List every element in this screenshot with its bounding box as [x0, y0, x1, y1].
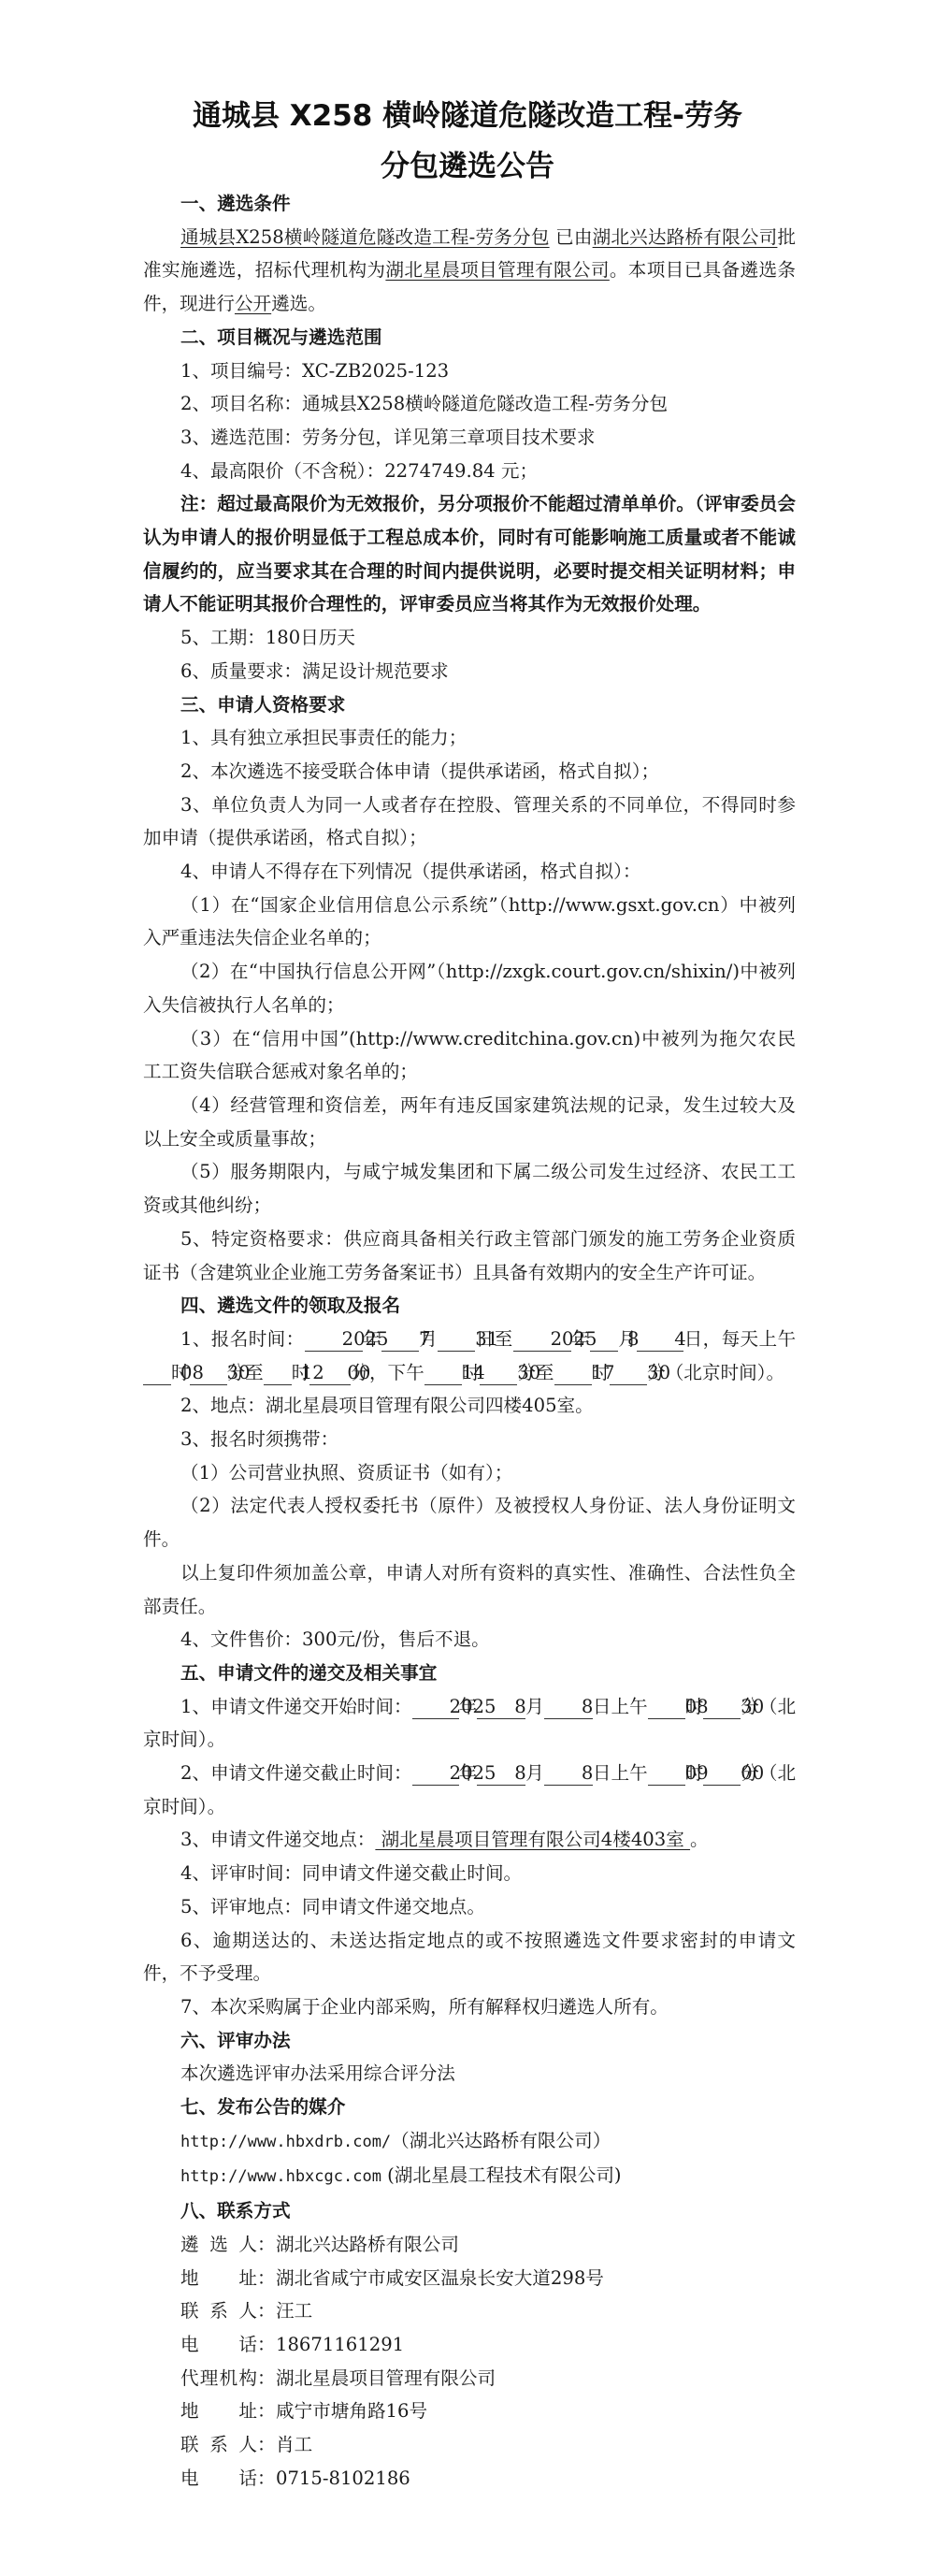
selection-scope: 3、遴选范围：劳务分包，详见第三章项目技术要求: [143, 421, 796, 455]
price-note: 注：超过最高限价为无效报价，另分项报价不能超过清单单价。（评审委员会认为申请人的…: [143, 487, 796, 621]
contact-value: 湖北兴达路桥有限公司: [276, 2228, 459, 2262]
registration-documents-label: 3、报名时须携带：: [143, 1423, 796, 1456]
section-7-heading: 七、发布公告的媒介: [143, 2091, 796, 2124]
label: 2、申请文件递交截止时间：: [180, 1762, 412, 1784]
text: 年: [459, 1762, 478, 1784]
announcement-page: 通城县 X258 横岭隧道危隧改造工程-劳务 分包遴选公告 一、遴选条件 通城县…: [0, 0, 935, 2576]
contact-row: 电话：18671161291: [143, 2328, 796, 2362]
qualification-item: 4、申请人不得存在下列情况（提供承诺函，格式自拟）：: [143, 855, 796, 889]
contact-value: 咸宁市塘角路16号: [276, 2395, 427, 2428]
text: 遴选。: [271, 293, 326, 314]
text: 年: [363, 1328, 381, 1350]
contact-value: 湖北星晨项目管理有限公司: [276, 2362, 496, 2395]
exclusion-item: （2）在“中国执行信息公开网”（http://zxgk.court.gov.cn…: [143, 955, 796, 1021]
am-end-hour: 12: [264, 1362, 292, 1385]
contact-value: 肖工: [276, 2428, 312, 2462]
exclusion-item: （5）服务期限内，与咸宁城发集团和下属二级公司发生过经济、农民工工资或其他纠纷；: [143, 1155, 796, 1222]
contact-colon: ：: [257, 2228, 276, 2262]
pm-start-hour: 14: [424, 1362, 462, 1385]
contact-colon: ：: [257, 2294, 276, 2328]
contact-colon: ：: [257, 2362, 276, 2395]
contact-label: 地址: [180, 2262, 257, 2295]
section-1-paragraph: 通城县X258横岭隧道危隧改造工程-劳务分包 已由湖北兴达路桥有限公司批准实施遴…: [143, 221, 796, 321]
contact-colon: ：: [257, 2395, 276, 2428]
agent-name: 湖北星晨项目管理有限公司: [385, 259, 609, 281]
contact-label-char: 联: [180, 2428, 199, 2462]
text: 时: [462, 1362, 481, 1383]
contact-colon: ：: [257, 2428, 276, 2462]
contact-label-char: 地: [180, 2262, 199, 2295]
text: 月: [525, 1762, 544, 1784]
contact-label: 地址: [180, 2395, 257, 2428]
quality-requirement: 6、质量要求：满足设计规范要求: [143, 655, 796, 688]
media-link-row: http://www.hbxdrb.com/（湖北兴达路桥有限公司）: [143, 2124, 796, 2160]
submit-end-hour: 09: [648, 1762, 685, 1786]
section-8-heading: 八、联系方式: [143, 2194, 796, 2228]
submission-deadline: 2、申请文件递交截止时间：2025年8月8日上午09时00分（北京时间）。: [143, 1757, 796, 1823]
submit-start-month: 8: [477, 1696, 525, 1719]
contact-label-char: 话: [238, 2462, 257, 2496]
contact-label-char: 构: [238, 2362, 257, 2395]
contact-label-char: 系: [209, 2294, 228, 2328]
submission-place: 3、申请文件递交地点： 湖北星晨项目管理有限公司4楼403室 。: [143, 1823, 796, 1857]
registration-time: 1、报名时间：2025年7月31日至2025年8月4日，每天上午08时30分至1…: [143, 1323, 796, 1389]
contact-value: 18671161291: [276, 2328, 404, 2362]
text: 分至: [517, 1362, 554, 1383]
text: 日至: [475, 1328, 512, 1350]
text: 时: [685, 1696, 704, 1717]
label: 1、报名时间：: [180, 1328, 305, 1350]
contact-label-char: 人: [238, 2228, 257, 2262]
review-place: 5、评审地点：同申请文件递交地点。: [143, 1890, 796, 1924]
submit-end-minute: 00: [703, 1762, 741, 1786]
evaluation-method: 本次遴选评审办法采用综合评分法: [143, 2057, 796, 2091]
exclusion-item: （4）经营管理和资信差，两年有违反国家建筑法规的记录，发生过较大及以上安全或质量…: [143, 1089, 796, 1155]
contact-label: 代理机构: [180, 2362, 257, 2395]
contact-value: 湖北省咸宁市咸安区温泉长安大道298号: [276, 2262, 604, 2295]
text: 月: [618, 1328, 637, 1350]
reg-start-year: 2025: [305, 1328, 363, 1352]
document-title-line-1: 通城县 X258 横岭隧道危隧改造工程-劳务: [0, 92, 935, 134]
exclusion-item: （3）在“信用中国”(http://www.creditchina.gov.cn…: [143, 1022, 796, 1089]
registration-document-item: （2）法定代表人授权委托书（原件）及被授权人身份证、法人身份证明文件。: [143, 1489, 796, 1556]
contact-row: 地址：咸宁市塘角路16号: [143, 2395, 796, 2428]
contact-label: 联系人: [180, 2428, 257, 2462]
contact-label-char: 代: [180, 2362, 199, 2395]
text: 分至: [227, 1362, 264, 1383]
section-3-heading: 三、申请人资格要求: [143, 688, 796, 722]
qualification-item: 1、具有独立承担民事责任的能力；: [143, 721, 796, 755]
am-start-minute: 30: [190, 1362, 227, 1385]
contact-label-char: 址: [238, 2395, 257, 2428]
contact-list: 遴选人：湖北兴达路桥有限公司地址：湖北省咸宁市咸安区温泉长安大道298号联系人：…: [143, 2228, 796, 2496]
contact-label-char: 人: [238, 2428, 257, 2462]
contact-label: 电话: [180, 2328, 257, 2362]
text: 时: [292, 1362, 310, 1383]
submit-start-day: 8: [544, 1696, 593, 1719]
specific-qualification: 5、特定资格要求：供应商具备相关行政主管部门颁发的施工劳务企业资质证书（含建筑业…: [143, 1223, 796, 1289]
contact-label: 电话: [180, 2462, 257, 2496]
contact-label-char: 遴: [180, 2228, 199, 2262]
reg-end-day: 4: [637, 1328, 683, 1352]
contact-colon: ：: [257, 2462, 276, 2496]
reg-end-year: 2025: [513, 1328, 571, 1352]
document-title-line-2: 分包遴选公告: [0, 142, 935, 184]
project-name-item: 2、项目名称：通城县X258横岭隧道危隧改造工程-劳务分包: [143, 387, 796, 421]
contact-label-char: 电: [180, 2462, 199, 2496]
contact-row: 代理机构：湖北星晨项目管理有限公司: [143, 2362, 796, 2395]
section-2-heading: 二、项目概况与遴选范围: [143, 321, 796, 355]
contact-row: 联系人：肖工: [143, 2428, 796, 2462]
am-start-hour: 08: [143, 1362, 171, 1385]
section-1-heading: 一、遴选条件: [143, 187, 796, 221]
contact-row: 联系人：汪工: [143, 2294, 796, 2328]
text: 月: [419, 1328, 438, 1350]
contact-label: 联系人: [180, 2294, 257, 2328]
text: 时: [171, 1362, 190, 1383]
submission-place-value: 湖北星晨项目管理有限公司4楼403室: [375, 1829, 690, 1850]
contact-label-char: 址: [238, 2262, 257, 2295]
construction-period: 5、工期：180日历天: [143, 621, 796, 655]
reg-start-month: 7: [381, 1328, 419, 1352]
contact-label-char: 话: [238, 2328, 257, 2362]
document-price: 4、文件售价：300元/份，售后不退。: [143, 1623, 796, 1657]
section-4-heading: 四、遴选文件的领取及报名: [143, 1289, 796, 1323]
pm-end-hour: 17: [554, 1362, 592, 1385]
contact-value: 0715-8102186: [276, 2462, 410, 2496]
exclusion-item: （1）在“国家企业信用信息公示系统”（http://www.gsxt.gov.c…: [143, 889, 796, 955]
qualification-item: 3、单位负责人为同一人或者存在控股、管理关系的不同单位，不得同时参加申请（提供承…: [143, 789, 796, 855]
pm-start-minute: 30: [480, 1362, 517, 1385]
text: 月: [525, 1696, 544, 1717]
text: 时: [685, 1762, 704, 1784]
reg-start-day: 31: [438, 1328, 475, 1352]
text: 已由: [550, 226, 593, 248]
project-number: 1、项目编号：XC-ZB2025-123: [143, 355, 796, 388]
contact-colon: ：: [257, 2262, 276, 2295]
contact-label-char: 联: [180, 2294, 199, 2328]
media-link[interactable]: http://www.hbxdrb.com/: [180, 2133, 391, 2151]
contact-label-char: 人: [238, 2294, 257, 2328]
contact-label-char: 电: [180, 2328, 199, 2362]
qualification-item: 2、本次遴选不接受联合体申请（提供承诺函，格式自拟）；: [143, 755, 796, 789]
selection-mode: 公开: [235, 293, 271, 314]
text: 分，下午: [351, 1362, 424, 1383]
contact-label-char: 机: [220, 2362, 238, 2395]
submit-end-day: 8: [544, 1762, 593, 1786]
text: 日上午: [593, 1696, 648, 1717]
contact-colon: ：: [257, 2328, 276, 2362]
media-link-row: http://www.hbxcgc.com (湖北星晨工程技术有限公司): [143, 2159, 796, 2194]
submit-end-year: 2025: [412, 1762, 459, 1786]
owner-name: 湖北兴达路桥有限公司: [593, 226, 778, 248]
reg-end-month: 8: [590, 1328, 618, 1352]
text: 时: [592, 1362, 611, 1383]
text: 年: [571, 1328, 590, 1350]
submission-start-time: 1、申请文件递交开始时间：2025年8月8日上午08时30分（北京时间）。: [143, 1690, 796, 1757]
contact-row: 地址：湖北省咸宁市咸安区温泉长安大道298号: [143, 2262, 796, 2295]
submit-end-month: 8: [477, 1762, 525, 1786]
contact-value: 汪工: [276, 2294, 312, 2328]
late-submission-note: 6、逾期送达的、未送达指定地点的或不按照遴选文件要求密封的申请文件，不予受理。: [143, 1924, 796, 1990]
media-owner: (湖北星晨工程技术有限公司): [381, 2164, 622, 2186]
review-time: 4、评审时间：同申请文件递交截止时间。: [143, 1857, 796, 1890]
submit-start-minute: 30: [703, 1696, 741, 1719]
text: 日上午: [593, 1762, 648, 1784]
media-owner: （湖北兴达路桥有限公司）: [391, 2130, 611, 2151]
contact-label-char: 地: [180, 2395, 199, 2428]
label: 3、申请文件递交地点：: [180, 1829, 375, 1850]
contact-row: 遴选人：湖北兴达路桥有限公司: [143, 2228, 796, 2262]
text: 分（北京时间）。: [647, 1362, 784, 1383]
text: 年: [459, 1696, 478, 1717]
text: 日，每天上午: [683, 1328, 796, 1350]
stamp-note: 以上复印件须加盖公章，申请人对所有资料的真实性、准确性、合法性负全部责任。: [143, 1556, 796, 1623]
contact-label-char: 选: [209, 2228, 228, 2262]
registration-document-item: （1）公司营业执照、资质证书（如有）；: [143, 1456, 796, 1490]
project-name: 通城县X258横岭隧道危隧改造工程-劳务分包: [180, 226, 550, 248]
pm-end-minute: 30: [610, 1362, 647, 1385]
contact-label-char: 理: [200, 2362, 219, 2395]
label: 1、申请文件递交开始时间：: [180, 1696, 412, 1717]
contact-label-char: 系: [209, 2428, 228, 2462]
am-end-minute: 00: [309, 1362, 351, 1385]
contact-label: 遴选人: [180, 2228, 257, 2262]
registration-location: 2、地点：湖北星晨项目管理有限公司四楼405室。: [143, 1389, 796, 1423]
interpretation-note: 7、本次采购属于企业内部采购，所有解释权归遴选人所有。: [143, 1990, 796, 2024]
section-6-heading: 六、评审办法: [143, 2024, 796, 2058]
media-link[interactable]: http://www.hbxcgc.com: [180, 2167, 381, 2186]
document-body: 一、遴选条件 通城县X258横岭隧道危隧改造工程-劳务分包 已由湖北兴达路桥有限…: [143, 187, 796, 2496]
contact-row: 电话：0715-8102186: [143, 2462, 796, 2496]
max-price: 4、最高限价（不含税）：2274749.84 元；: [143, 455, 796, 488]
submit-start-hour: 08: [648, 1696, 685, 1719]
text: 。: [690, 1829, 709, 1850]
section-5-heading: 五、申请文件的递交及相关事宜: [143, 1657, 796, 1690]
submit-start-year: 2025: [412, 1696, 459, 1719]
